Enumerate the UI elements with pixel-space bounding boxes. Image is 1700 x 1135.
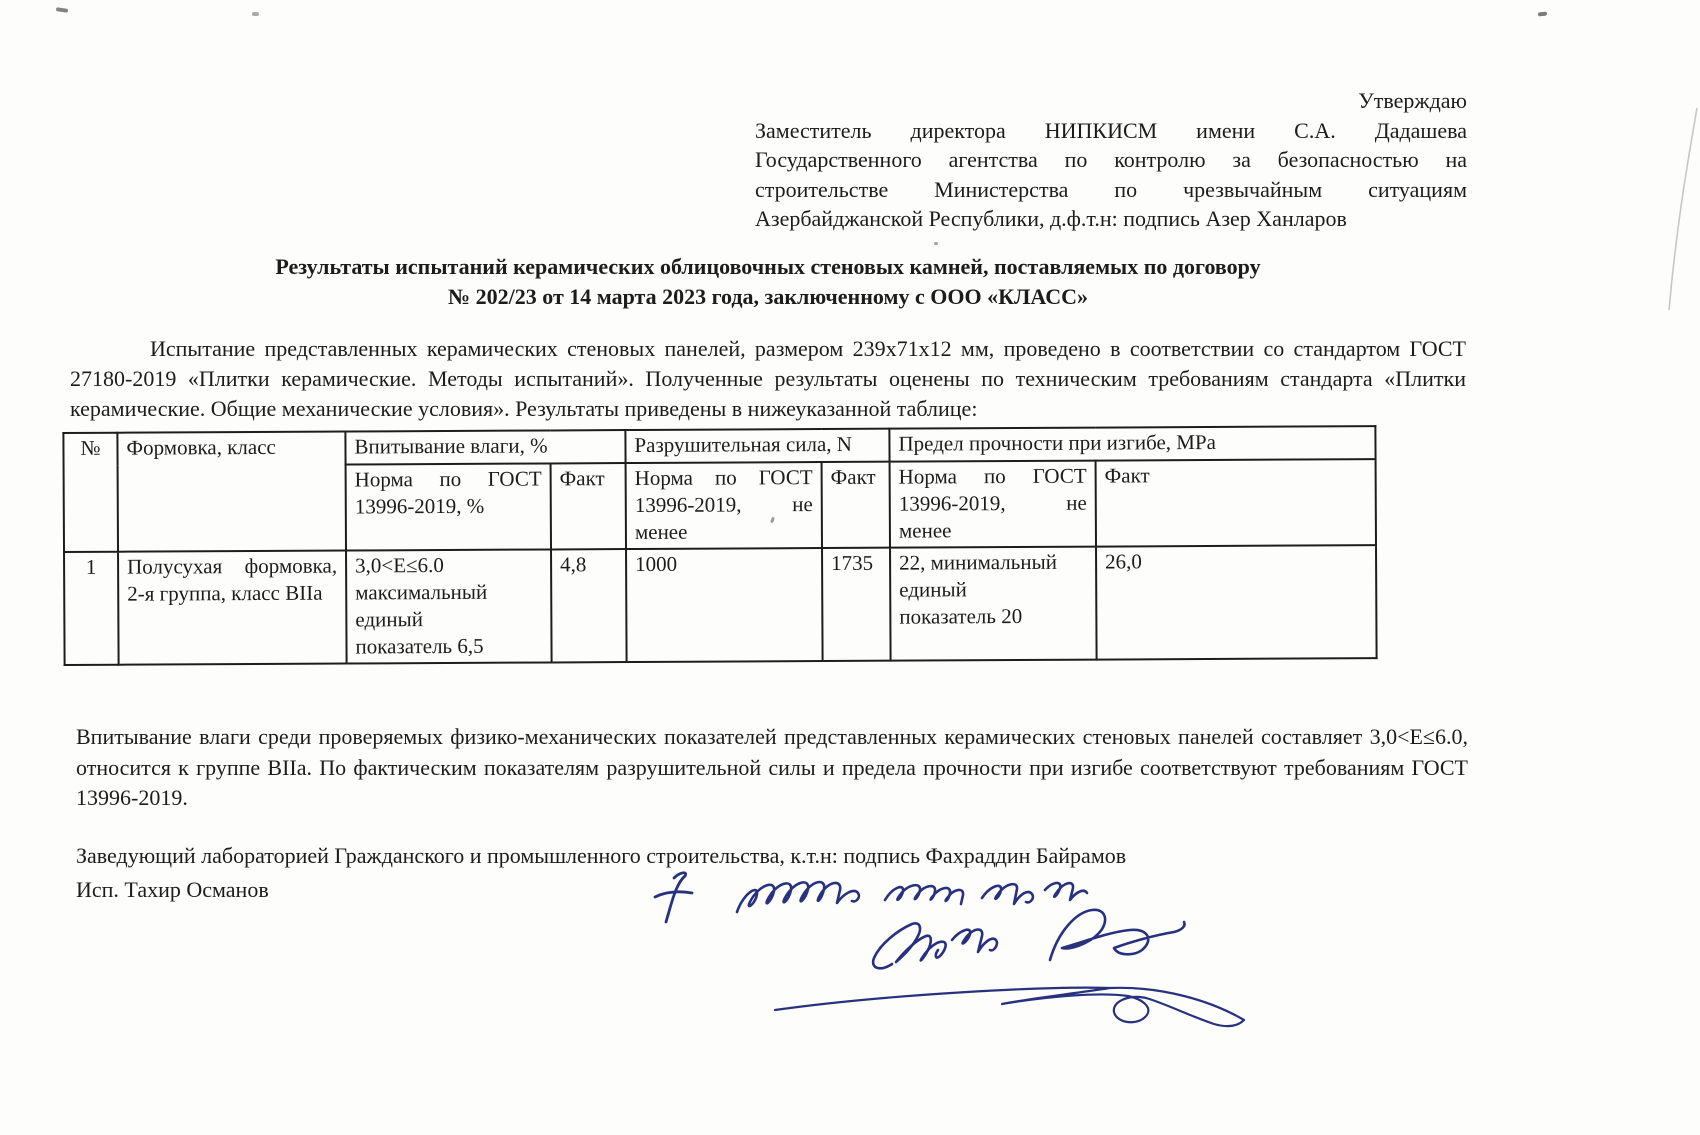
document-page: Утверждаю Заместитель директора НИПКИСМ … xyxy=(0,0,1700,1135)
cell-norm-bending: 22, минимальный единый показатель 20 xyxy=(890,547,1097,661)
subheader-fact-force: Факт xyxy=(822,462,890,548)
subheader-norm-water: Норма по ГОСТ 13996-2019, % xyxy=(346,463,551,550)
col-header-number: № xyxy=(63,433,118,552)
approval-block: Утверждаю Заместитель директора НИПКИСМ … xyxy=(755,86,1467,234)
cell-norm-water: 3,0<Е≤6.0 максимальный единый показатель… xyxy=(346,549,552,663)
table-row: 1 Полусухая формовка, 2-я группа, класс … xyxy=(64,545,1377,665)
col-header-bending-strength: Предел прочности при изгибе, МРа xyxy=(889,426,1375,462)
results-table: № Формовка, класс Впитывание влаги, % Ра… xyxy=(62,425,1377,666)
scan-artifact xyxy=(934,242,938,245)
signature-stroke-f xyxy=(655,873,692,922)
executor-line: Исп. Тахир Османов xyxy=(76,876,269,904)
conclusion-paragraph: Впитывание влаги среди проверяемых физик… xyxy=(76,722,1468,814)
cell-norm-force: 1000 xyxy=(626,548,823,662)
cell-fact-force: 1735 xyxy=(822,548,891,661)
scan-artifact xyxy=(1538,12,1547,17)
signature-stroke-surname xyxy=(873,910,1184,968)
lab-head-signature-line: Заведующий лабораторией Гражданского и п… xyxy=(76,842,1126,870)
subheader-norm-bending: Норма по ГОСТ 13996-2019, не менее xyxy=(890,461,1096,548)
document-title: Результаты испытаний керамических облицо… xyxy=(70,252,1466,312)
scan-artifact xyxy=(252,12,259,16)
cell-molding-class: Полусухая формовка, 2-я группа, класс BI… xyxy=(118,551,347,665)
scan-scratch-artifact xyxy=(1655,100,1700,320)
approval-label: Утверждаю xyxy=(755,86,1467,116)
subheader-fact-bending: Факт xyxy=(1096,459,1376,546)
handwritten-signature xyxy=(630,860,1290,1060)
subheader-norm-force: Норма по ГОСТ 13996-2019, не менее xyxy=(626,462,822,549)
approval-signatory-text: Заместитель директора НИПКИСМ имени С.А.… xyxy=(755,116,1467,234)
col-header-water-absorption: Впитывание влаги, % xyxy=(345,430,625,464)
cell-number: 1 xyxy=(64,552,119,665)
col-header-breaking-force: Разрушительная сила, N xyxy=(625,429,889,463)
cell-fact-water: 4,8 xyxy=(551,549,627,662)
subheader-fact-water: Факт xyxy=(551,463,626,549)
cell-fact-bending: 26,0 xyxy=(1096,545,1377,659)
intro-paragraph: Испытание представленных керамических ст… xyxy=(70,334,1466,424)
col-header-molding-class: Формовка, класс xyxy=(117,432,346,552)
scan-artifact xyxy=(56,7,68,13)
signature-stroke-flourish xyxy=(775,988,1244,1026)
signature-stroke-scribble xyxy=(737,882,1087,912)
